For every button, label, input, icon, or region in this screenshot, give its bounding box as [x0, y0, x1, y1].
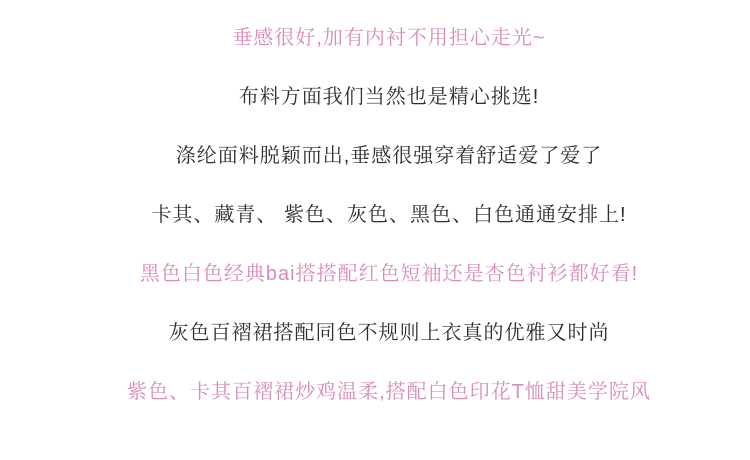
- text-line: 紫色、卡其百褶裙炒鸡温柔,搭配白色印花T恤甜美学院风: [28, 360, 750, 419]
- text-line: 垂感很好,加有内衬不用担心走光~: [28, 6, 750, 65]
- text-line: 卡其、藏青、 紫色、灰色、黑色、白色通通安排上!: [28, 183, 750, 242]
- text-line: 灰色百褶裙搭配同色不规则上衣真的优雅又时尚: [28, 301, 750, 360]
- product-description: 垂感很好,加有内衬不用担心走光~ 布料方面我们当然也是精心挑选! 涤纶面料脱颖而…: [0, 0, 750, 460]
- text-line: 布料方面我们当然也是精心挑选!: [28, 65, 750, 124]
- text-line: 黑色白色经典bai搭搭配红色短袖还是杏色衬衫都好看!: [28, 242, 750, 301]
- text-line: 涤纶面料脱颖而出,垂感很强穿着舒适爱了爱了: [28, 124, 750, 183]
